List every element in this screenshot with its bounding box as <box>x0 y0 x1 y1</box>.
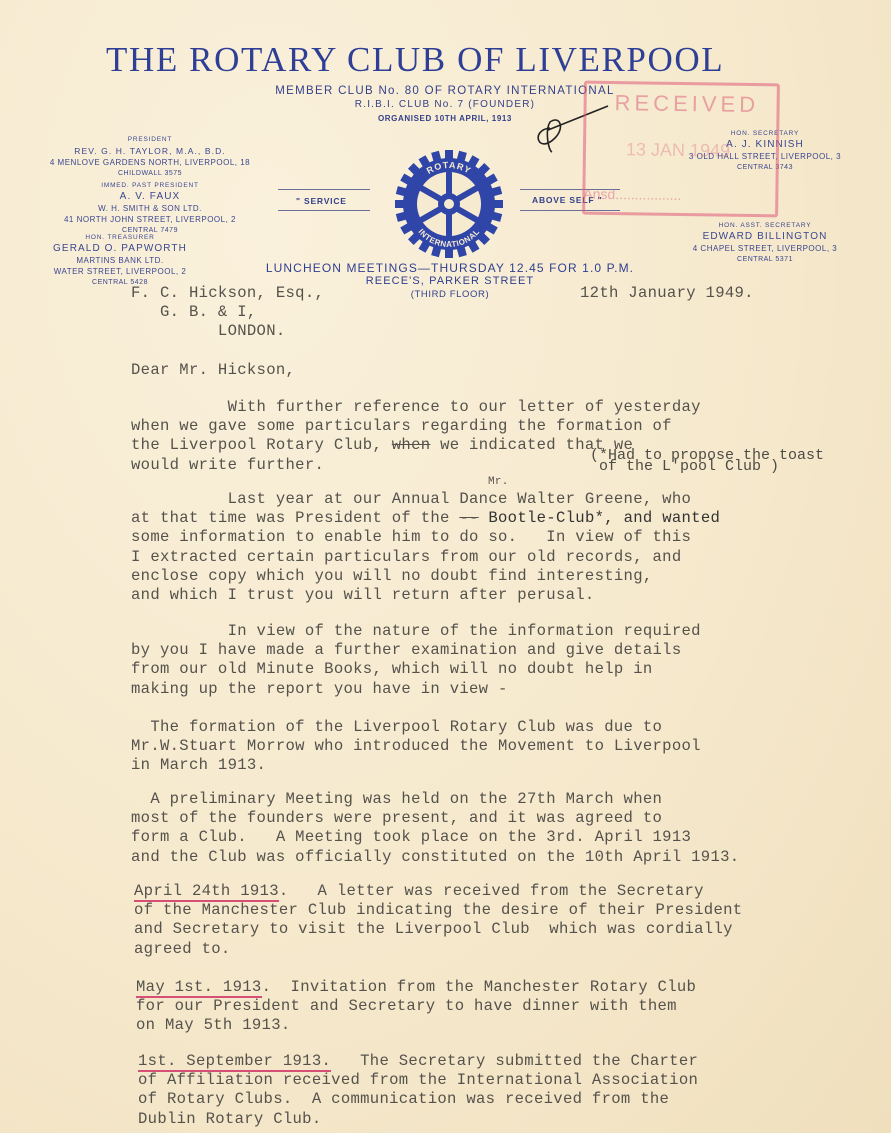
motto-rule-bottom-left <box>278 210 370 211</box>
officer-president: PRESIDENT REV. G. H. TAYLOR, M.A., B.D. … <box>0 134 300 179</box>
stamp-date: 13 JAN 1949 <box>626 139 730 161</box>
stamp-answered: Ansd................. <box>583 186 681 203</box>
luncheon-times: LUNCHEON MEETINGS—THURSDAY 12.45 FOR 1.0… <box>240 262 660 275</box>
entry-september-1: 1st. September 1913. The Secretary submi… <box>138 1052 698 1129</box>
letter-date: 12th January 1949. <box>580 284 754 303</box>
stamp-label: RECEIVED <box>614 90 759 118</box>
entry-april-24: April 24th 1913. A letter was received f… <box>134 882 742 959</box>
officer-treasurer: HON. TREASURER GERALD O. PAPWORTH MARTIN… <box>0 232 240 288</box>
entry-date: April 24th 1913 <box>134 882 279 902</box>
officer-assistant-secretary: HON. ASST. SECRETARY EDWARD BILLINGTON 4… <box>650 220 880 265</box>
margin-note: (*Had to propose the toast of the L'pool… <box>590 450 824 472</box>
entry-date: 1st. September 1913. <box>138 1052 331 1072</box>
entry-date: May 1st. 1913 <box>136 978 262 998</box>
letterhead-title: THE ROTARY CLUB OF LIVERPOOL <box>106 40 806 80</box>
paragraph-5: A preliminary Meeting was held on the 27… <box>131 790 739 867</box>
recipient-address: F. C. Hickson, Esq., G. B. & I, LONDON. <box>131 284 324 342</box>
paragraph-2: Last year at our Annual Dance Walter Gre… <box>131 490 720 605</box>
paragraph-4: The formation of the Liverpool Rotary Cl… <box>131 718 701 776</box>
motto-left: " SERVICE <box>296 196 347 206</box>
officer-past-president: IMMED. PAST PRESIDENT A. V. FAUX W. H. S… <box>0 180 300 236</box>
struck-word: when <box>392 436 431 454</box>
received-stamp: RECEIVED 13 JAN 1949 Ansd...............… <box>582 81 780 218</box>
entry-may-1: May 1st. 1913. Invitation from the Manch… <box>136 978 696 1036</box>
paragraph-3: In view of the nature of the information… <box>131 622 701 699</box>
rotary-wheel-icon: ROTARY INTERNATIONAL <box>393 150 505 258</box>
motto-rule-top-left <box>278 189 370 190</box>
salutation: Dear Mr. Hickson, <box>131 361 295 380</box>
